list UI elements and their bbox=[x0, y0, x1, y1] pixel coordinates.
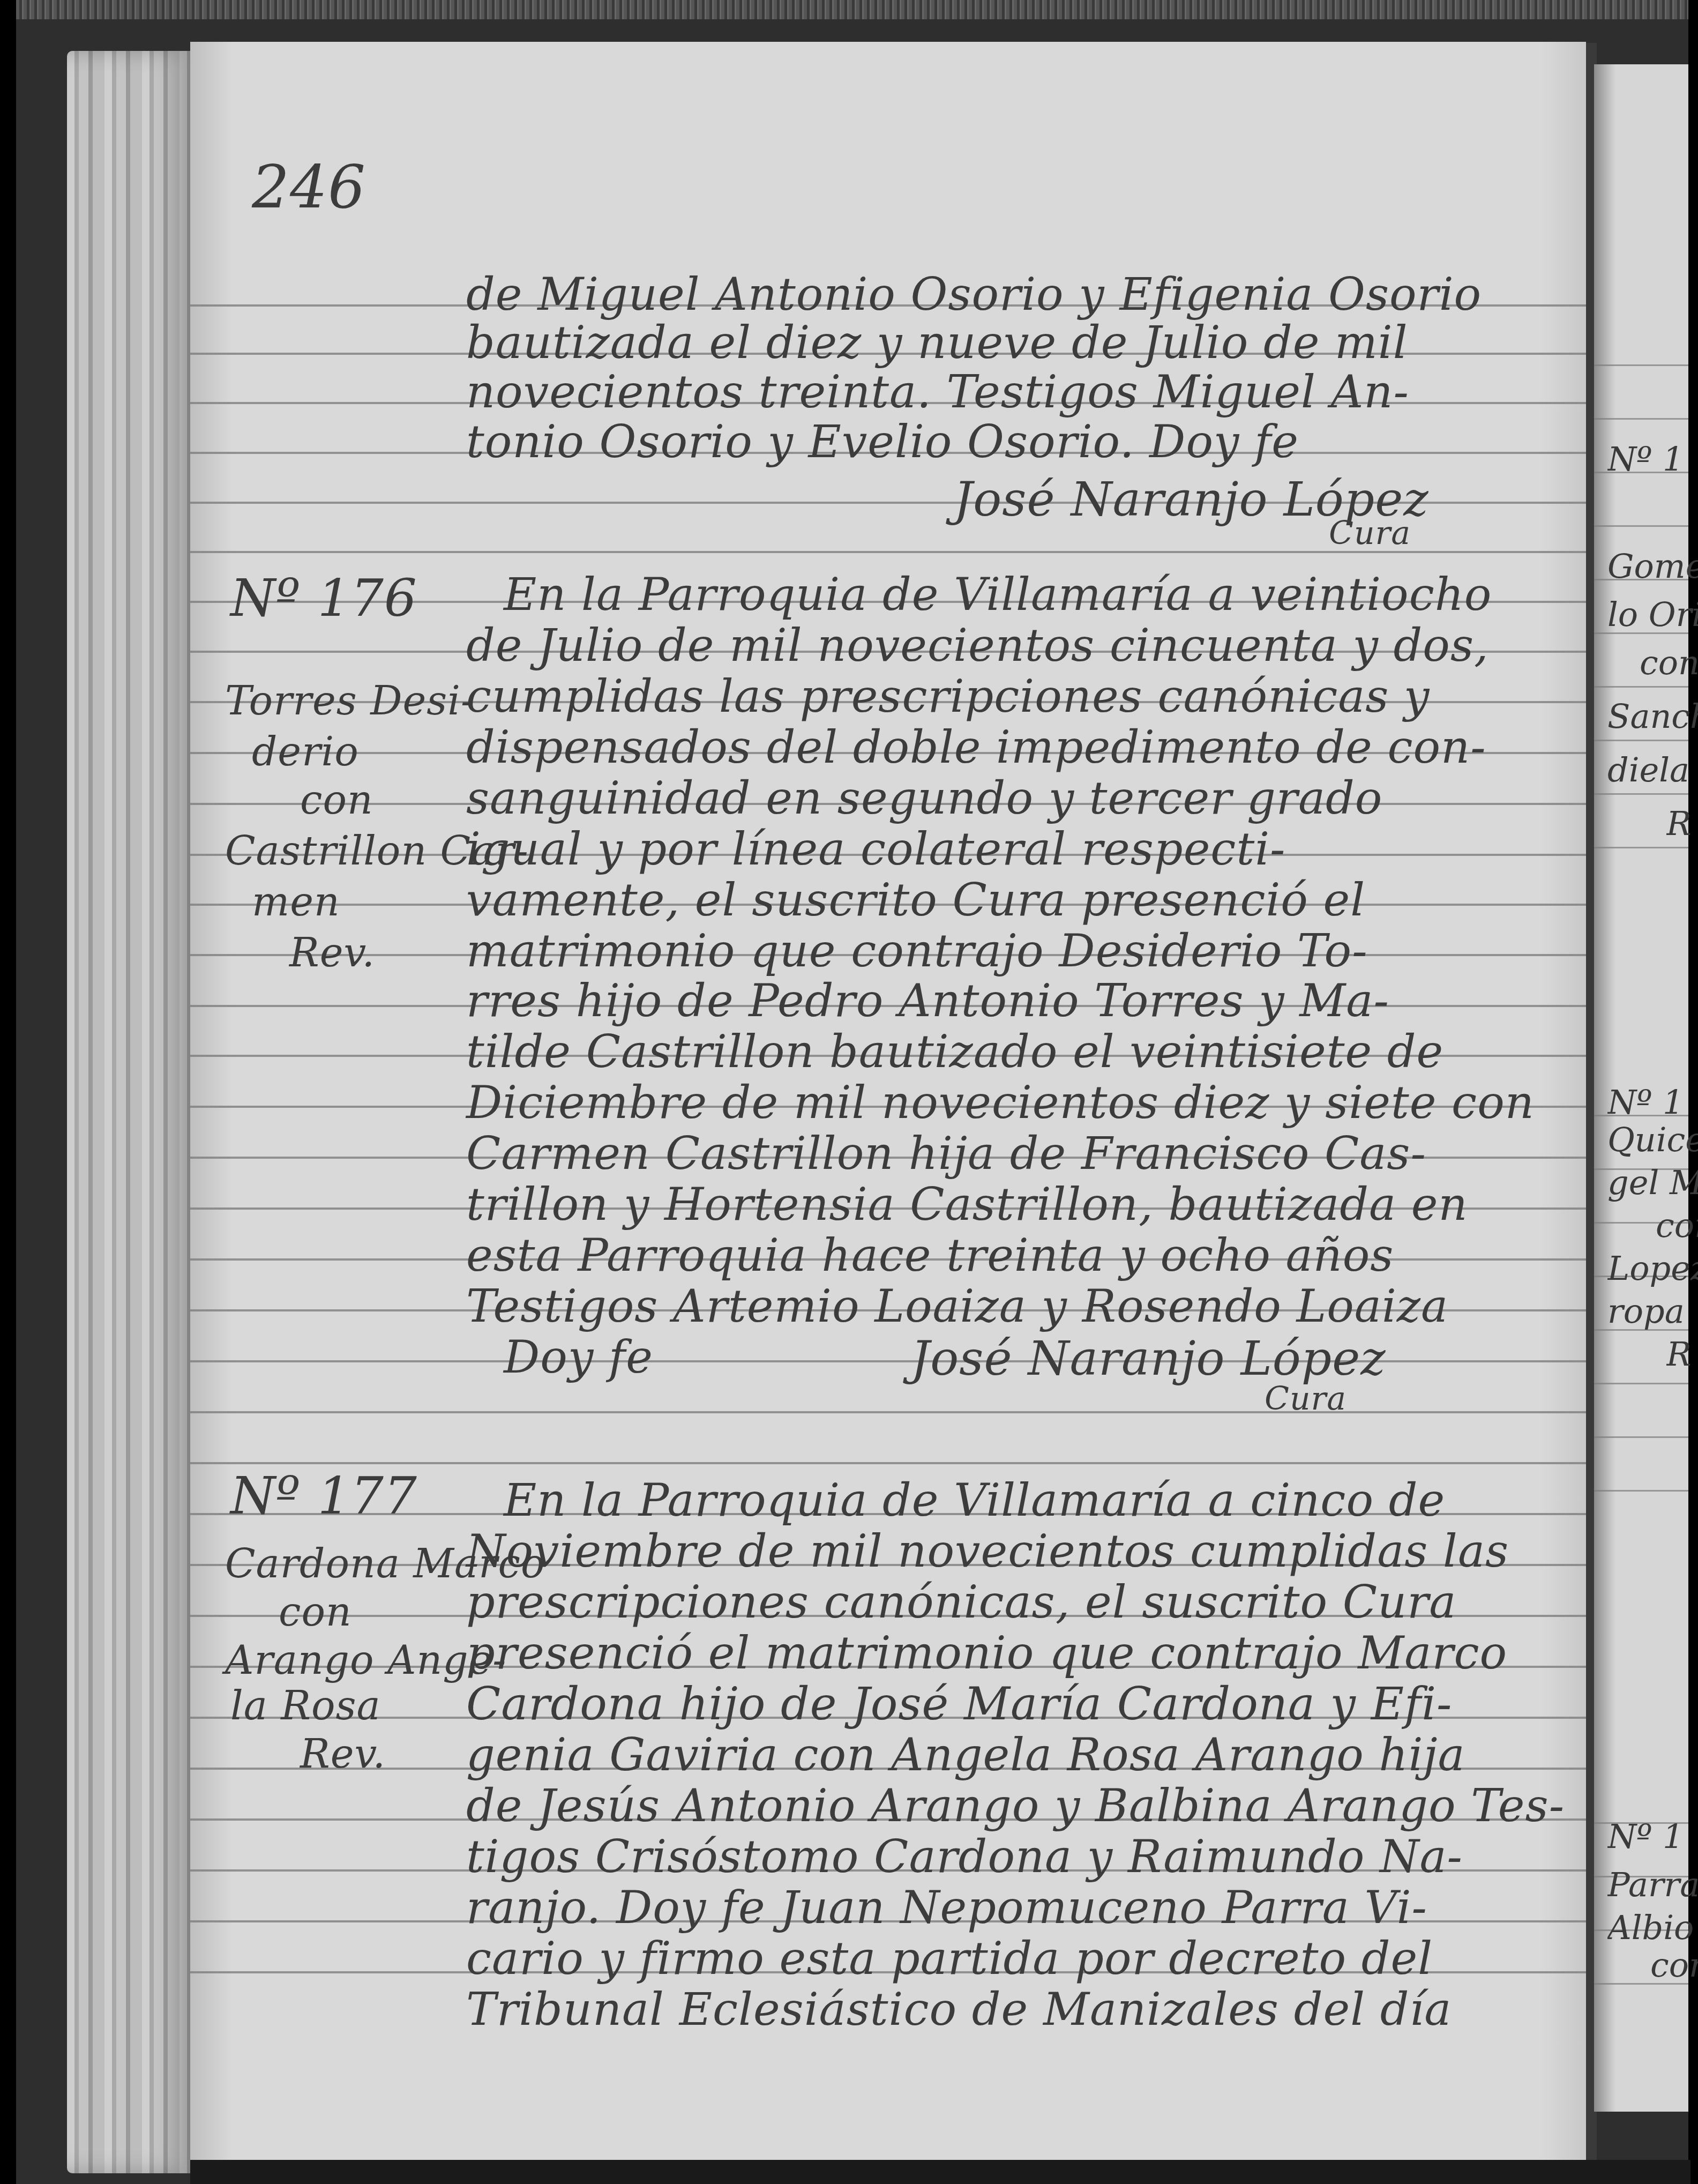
ruled-line bbox=[1594, 525, 1690, 527]
facing-page-fragment: Quicen bbox=[1607, 1120, 1698, 1159]
book-cover-texture bbox=[16, 0, 1698, 19]
entry-text-line: prescripciones canónicas, el suscrito Cu… bbox=[466, 1576, 1570, 1628]
entry-number: Nº 176 bbox=[230, 568, 417, 628]
facing-page-fragment: R bbox=[1666, 804, 1698, 843]
entry-text-line: genia Gaviria con Angela Rosa Arango hij… bbox=[466, 1728, 1570, 1781]
facing-page-fragment: Gomez bbox=[1607, 547, 1698, 586]
entry-text-line: Tribunal Eclesiástico de Manizales del d… bbox=[466, 1983, 1570, 2036]
entry-text-line: En la Parroquia de Villamaría a cinco de bbox=[504, 1474, 1607, 1526]
entry-text-line: de Jesús Antonio Arango y Balbina Arango… bbox=[466, 1779, 1570, 1832]
entry-text-line: matrimonio que contrajo Desiderio To- bbox=[466, 925, 1570, 977]
facing-page-fragment: R bbox=[1666, 1335, 1698, 1374]
entry-text-line: vamente, el suscrito Cura presenció el bbox=[466, 874, 1570, 926]
facing-page-fragment: con bbox=[1650, 1946, 1698, 1985]
entry-text-line: sanguinidad en segundo y tercer grado bbox=[466, 772, 1570, 824]
entry-text-line: trillon y Hortensia Castrillon, bautizad… bbox=[466, 1178, 1570, 1231]
margin-note-line: Rev. bbox=[300, 1731, 386, 1777]
facing-page-fragment: gel M bbox=[1607, 1163, 1698, 1202]
facing-page-fragment: Lopez bbox=[1607, 1249, 1698, 1288]
entry-text-line: Cardona hijo de José María Cardona y Efi… bbox=[466, 1678, 1570, 1730]
margin-note-line: men bbox=[252, 879, 340, 925]
entry-text-line: presenció el matrimonio que contrajo Mar… bbox=[466, 1627, 1570, 1679]
page-number: 246 bbox=[252, 153, 366, 221]
margin-note-line: Torres Desi- bbox=[225, 678, 475, 724]
margin-note-line: la Rosa bbox=[230, 1683, 381, 1729]
entry-text-line: cumplidas las prescripciones canónicas y bbox=[466, 670, 1570, 722]
ruled-line bbox=[1594, 740, 1690, 741]
facing-page-fragment: Sanchez bbox=[1607, 697, 1698, 736]
entry-text-line: dispensados del doble impedimento de con… bbox=[466, 721, 1570, 773]
facing-page-fragment: ropa bbox=[1607, 1292, 1698, 1331]
ruled-line bbox=[1594, 418, 1690, 420]
entry-text-line: cario y firmo esta partida por decreto d… bbox=[466, 1932, 1570, 1985]
signature-title: Cura bbox=[1265, 1380, 1347, 1418]
scan-border-left bbox=[0, 0, 16, 2184]
entry-number: Nº 177 bbox=[230, 1466, 417, 1526]
ruled-line bbox=[1594, 686, 1690, 688]
facing-page-fragment: Albio bbox=[1607, 1908, 1698, 1947]
facing-page-fragment: Parra bbox=[1607, 1865, 1698, 1904]
margin-note-line: Rev. bbox=[289, 930, 375, 976]
facing-page-fragment: Nº 1 bbox=[1607, 1817, 1698, 1856]
facing-page-fragment: con bbox=[1656, 1206, 1698, 1245]
margin-note-line: con bbox=[300, 777, 373, 823]
margin-note-line: derio bbox=[252, 729, 359, 775]
facing-page-fragment: con bbox=[1640, 643, 1698, 682]
page-stack-edges bbox=[67, 51, 193, 2173]
ruled-line bbox=[1594, 847, 1690, 848]
ruled-line bbox=[1594, 1383, 1690, 1384]
entry-text-line: tilde Castrillon bautizado el veintisiet… bbox=[466, 1025, 1570, 1078]
ruled-line bbox=[190, 1462, 1586, 1464]
entry-text-line: En la Parroquia de Villamaría a veintioc… bbox=[504, 568, 1607, 621]
continuation-line: bautizada el diez y nueve de Julio de mi… bbox=[466, 316, 1570, 369]
facing-page-fragment: Nº 1 bbox=[1607, 1083, 1698, 1122]
ruled-line bbox=[190, 1411, 1586, 1413]
entry-text-line: igual y por línea colateral respecti- bbox=[466, 823, 1570, 875]
continuation-line: novecientos treinta. Testigos Miguel An- bbox=[466, 366, 1570, 418]
entry-text-line: rres hijo de Pedro Antonio Torres y Ma- bbox=[466, 974, 1570, 1027]
entry-text-line: esta Parroquia hace treinta y ocho años bbox=[466, 1229, 1570, 1281]
entry-text-line: Carmen Castrillon hija de Francisco Cas- bbox=[466, 1127, 1570, 1180]
bottom-shadow bbox=[190, 2160, 1690, 2184]
margin-note-line: Arango Ange- bbox=[225, 1637, 506, 1683]
entry-text-line: ranjo. Doy fe Juan Nepomuceno Parra Vi- bbox=[466, 1881, 1570, 1934]
ruled-line bbox=[1594, 1490, 1690, 1492]
facing-page-fragment: Nº 1 bbox=[1607, 439, 1698, 479]
entry-text-line: Testigos Artemio Loaiza y Rosendo Loaiza bbox=[466, 1280, 1570, 1332]
ruled-line bbox=[1594, 1436, 1690, 1438]
facing-page-fragment: lo Ori bbox=[1607, 595, 1698, 634]
signature-title: Cura bbox=[1329, 515, 1411, 552]
priest-signature: José Naranjo López bbox=[911, 1331, 1386, 1386]
entry-text-line: tigos Crisóstomo Cardona y Raimundo Na- bbox=[466, 1830, 1570, 1883]
margin-note-line: con bbox=[279, 1589, 352, 1635]
ruled-line bbox=[1594, 364, 1690, 366]
continuation-line: tonio Osorio y Evelio Osorio. Doy fe bbox=[466, 415, 1570, 468]
facing-page-fragment: diela bbox=[1607, 750, 1698, 789]
entry-text-line: de Julio de mil novecientos cincuenta y … bbox=[466, 619, 1570, 672]
entry-text-line: Noviembre de mil novecientos cumplidas l… bbox=[466, 1525, 1570, 1577]
ruled-line bbox=[1594, 793, 1690, 795]
entry-text-line: Diciembre de mil novecientos diez y siet… bbox=[466, 1076, 1570, 1129]
continuation-line: de Miguel Antonio Osorio y Efigenia Osor… bbox=[466, 268, 1570, 320]
